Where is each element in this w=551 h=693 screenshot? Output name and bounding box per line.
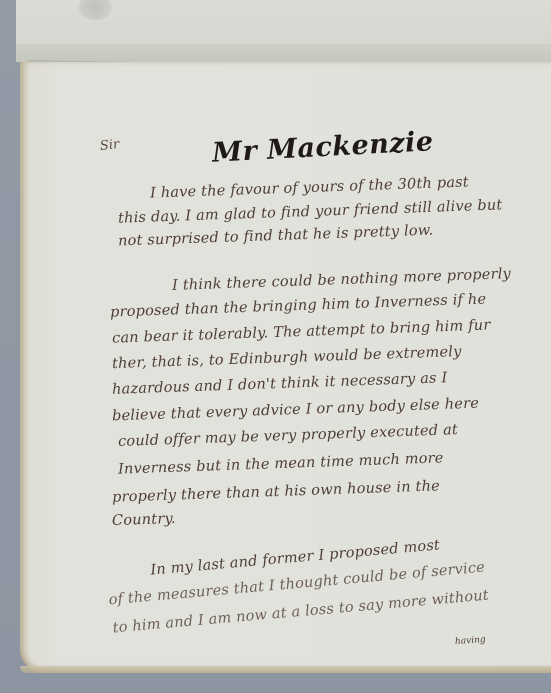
manuscript-scan: Sir Mr Mackenzie I have the favour of yo…: [0, 0, 551, 693]
letter-line: could offer may be very properly execute…: [118, 422, 458, 450]
letter-line: I have the favour of yours of the 30th p…: [150, 174, 469, 201]
letter-text: Sir Mr Mackenzie I have the favour of yo…: [0, 0, 551, 693]
letter-line: this day. I am glad to find your friend …: [118, 197, 503, 226]
letter-line: Country.: [112, 511, 176, 529]
letter-line: believe that every advice I or any body …: [112, 396, 479, 425]
letter-line: hazardous and I don't think it necessary…: [112, 370, 448, 398]
letter-line: not surprised to find that he is pretty …: [118, 222, 434, 249]
letter-line: Inverness but in the mean time much more: [118, 450, 444, 477]
letter-line: proposed than the bringing him to Invern…: [110, 291, 487, 320]
letter-line: properly there than at his own house in …: [112, 478, 440, 505]
addressee-heading: Mr Mackenzie: [211, 126, 434, 169]
salutation: Sir: [99, 137, 120, 154]
letter-line: I think there could be nothing more prop…: [172, 266, 511, 294]
letter-line: can bear it tolerably. The attempt to br…: [112, 317, 491, 346]
catchword: having: [455, 635, 486, 647]
letter-line: ther, that is, to Edinburgh would be ext…: [112, 344, 462, 372]
